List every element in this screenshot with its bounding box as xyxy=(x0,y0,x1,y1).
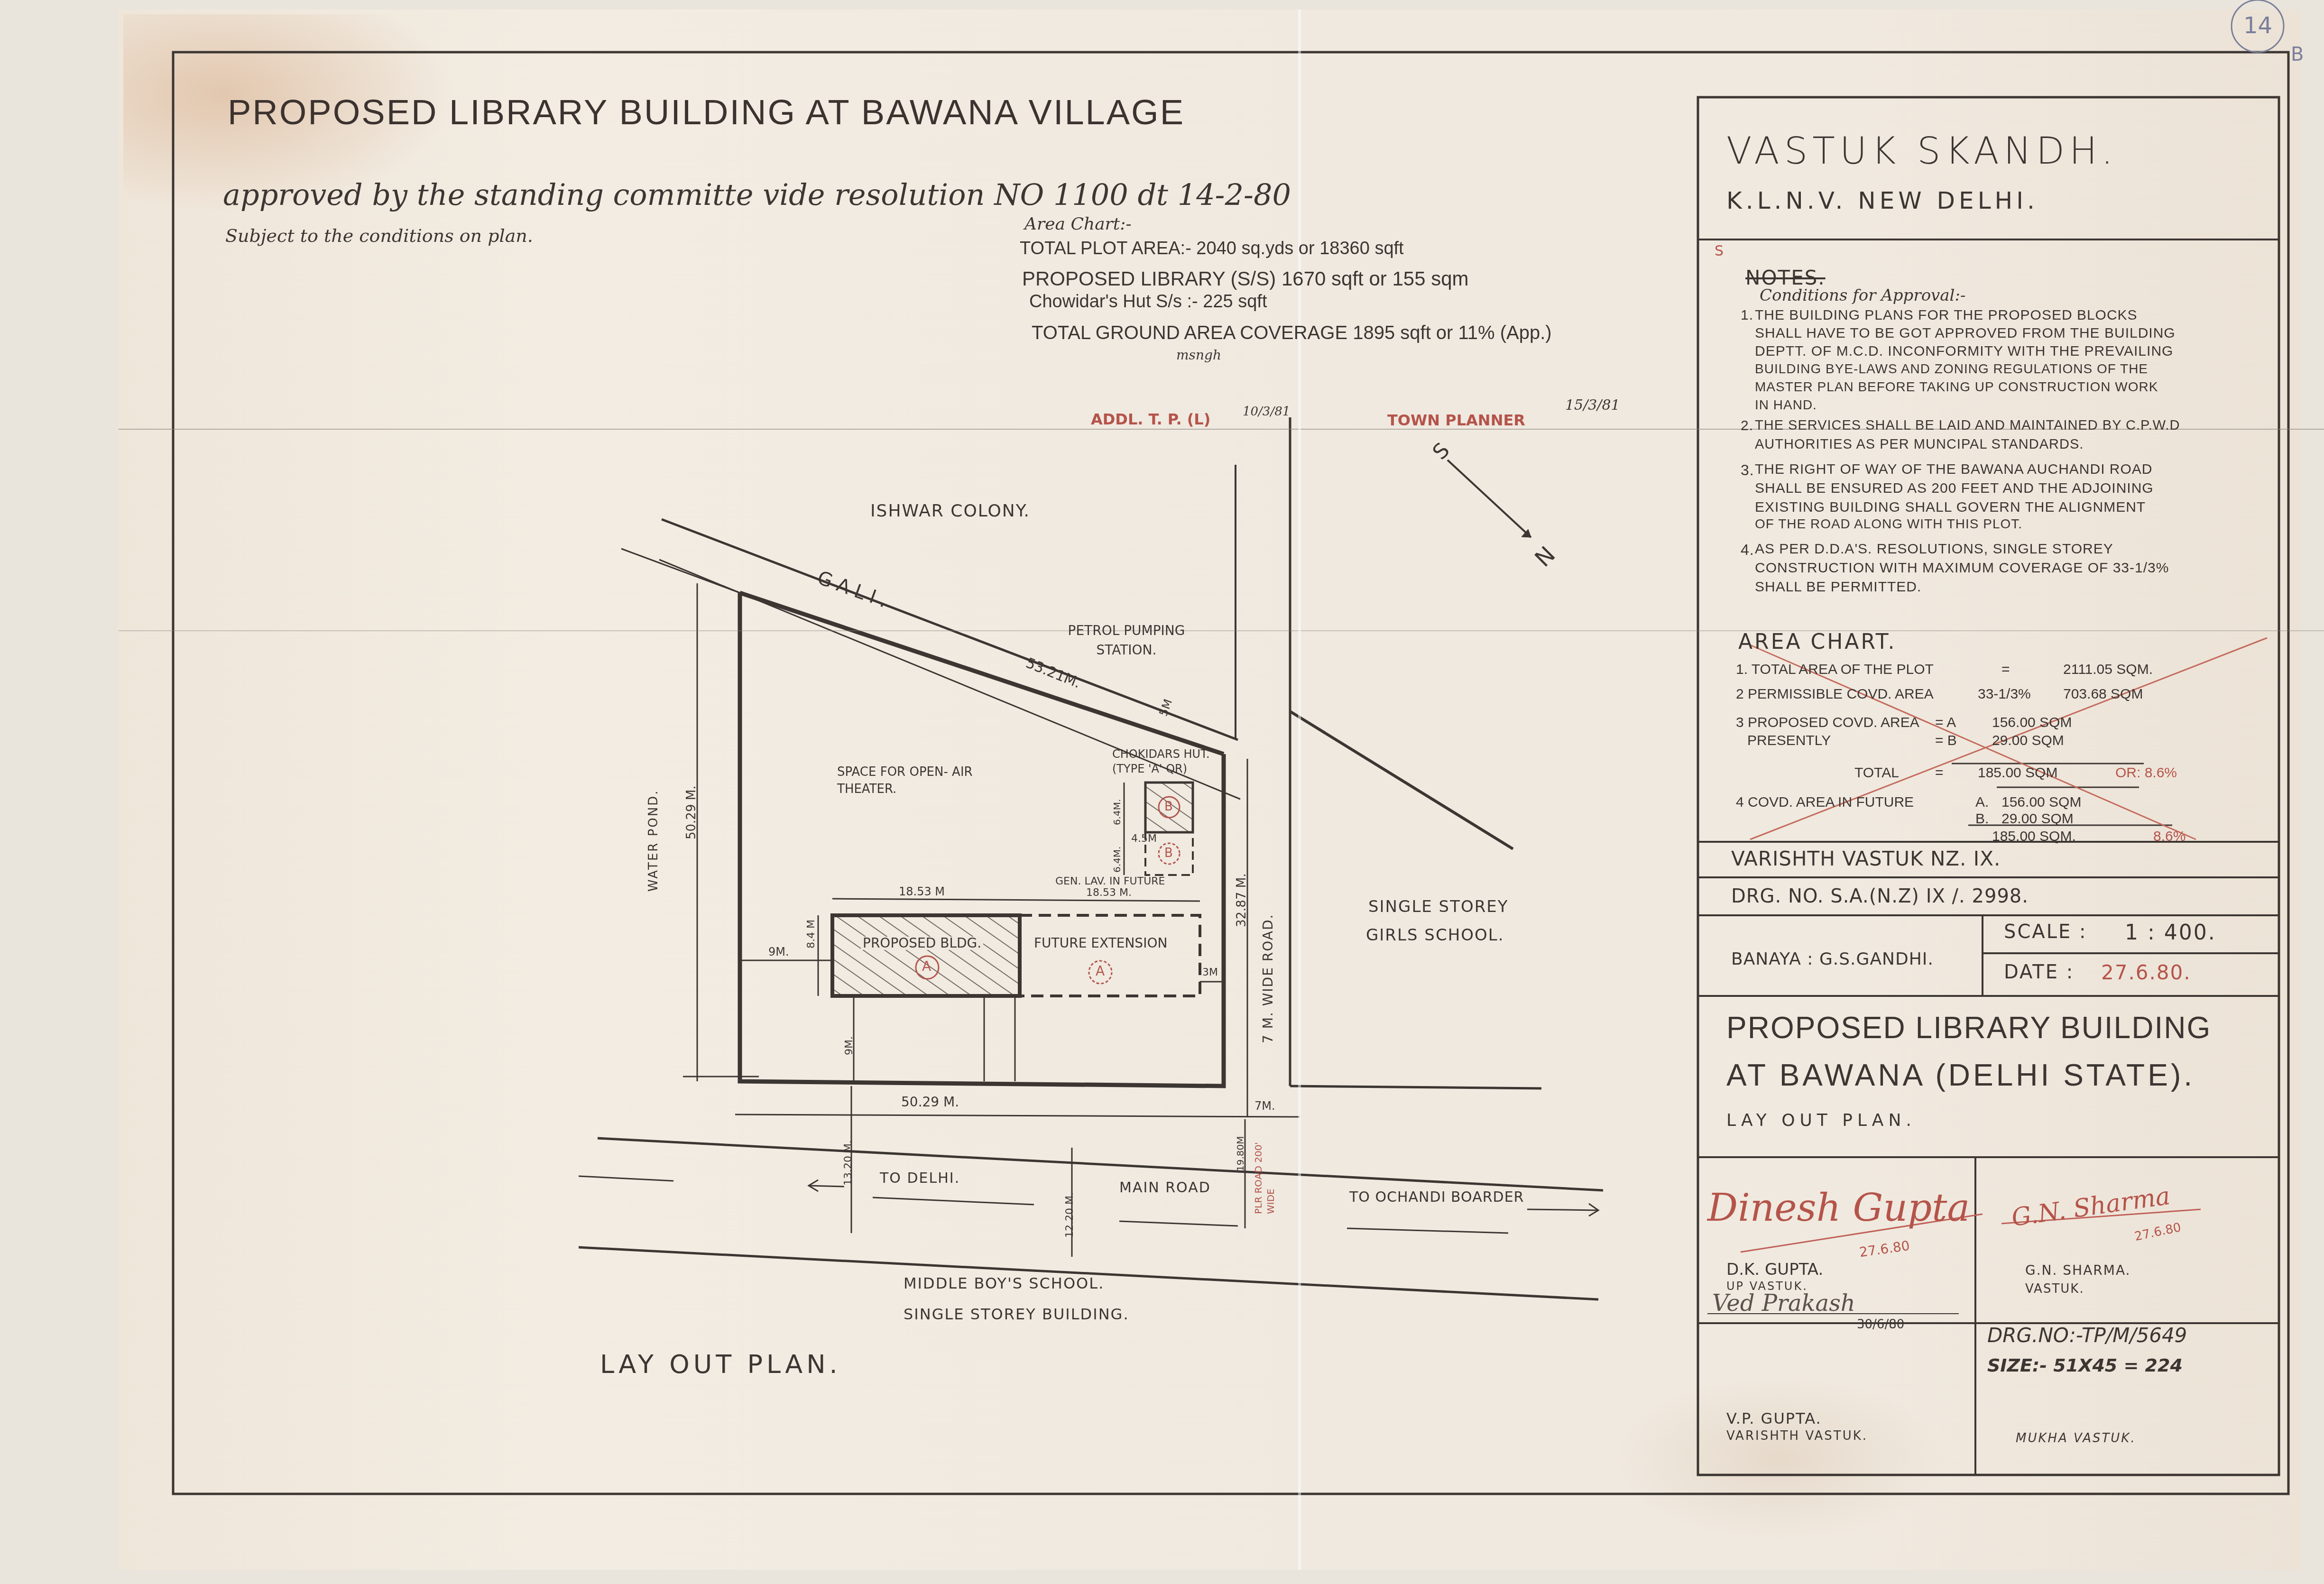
dim-ext-length: 18.53 M. xyxy=(1086,888,1132,898)
label-plr-road: PLR ROAD 200' WIDE xyxy=(1252,1133,1277,1214)
label-chokidar-hut: CHOKIDARS HUT. (TYPE 'A' QR) xyxy=(1112,747,1221,776)
area-chart-line: TOTAL GROUND AREA COVERAGE 1895 sqft or … xyxy=(1032,323,1552,342)
label-girls-school-2: GIRLS SCHOOL. xyxy=(1366,927,1504,943)
dim-main-road-2: 12.20 M. xyxy=(1065,1192,1075,1238)
label-wide-road: 7 M. WIDE ROAD. xyxy=(1262,914,1275,1043)
signatory-role-vp-gupta: VARISHTH VASTUK. xyxy=(1726,1430,1868,1442)
area-row-eq: = xyxy=(1935,765,1944,781)
dim-bldg-depth: 8.4 M xyxy=(806,920,817,949)
condition-text: SHALL HAVE TO BE GOT APPROVED FROM THE B… xyxy=(1755,325,2176,341)
tp-drawing-number: DRG.NO:-TP/M/5649 xyxy=(1987,1326,2187,1345)
project-title-line1: PROPOSED LIBRARY BUILDING xyxy=(1726,1013,2211,1043)
condition-item: 4. AS PER D.D.A'S. RESOLUTIONS, SINGLE S… xyxy=(1741,537,2272,599)
condition-text: CONSTRUCTION WITH MAXIMUM COVERAGE OF 33… xyxy=(1755,560,2169,576)
area-row-label: TOTAL xyxy=(1854,765,1899,781)
condition-text: SHALL BE ENSURED AS 200 FEET AND THE ADJ… xyxy=(1755,480,2154,497)
scale-label: SCALE : xyxy=(2004,922,2087,941)
town-planner-label: TOWN PLANNER xyxy=(1387,413,1525,428)
dim-rear-setback: 3M xyxy=(1202,967,1218,978)
condition-text: THE RIGHT OF WAY OF THE BAWANA AUCHANDI … xyxy=(1755,461,2153,478)
condition-number: 2. xyxy=(1741,418,1753,434)
area-row-label: 2 PERMISSIBLE COVD. AREA xyxy=(1736,686,1934,702)
area-row-note: OR: 8.6% xyxy=(2115,765,2177,781)
condition-item: 1. THE BUILDING PLANS FOR THE PROPOSED B… xyxy=(1741,307,2272,414)
conditions-list: 1. THE BUILDING PLANS FOR THE PROPOSED B… xyxy=(1741,307,2272,599)
label-girls-school-1: SINGLE STOREY xyxy=(1368,899,1509,915)
label-block-b-future: B xyxy=(1164,847,1173,859)
signatory-name-dk-gupta: D.K. GUPTA. xyxy=(1726,1262,1823,1278)
condition-text: MASTER PLAN BEFORE TAKING UP CONSTRUCTIO… xyxy=(1755,379,2158,395)
dim-hut-height-future: 6.4M. xyxy=(1112,847,1122,873)
date-value: 27.6.80. xyxy=(2101,963,2191,983)
area-row-eq: = B xyxy=(1935,733,1957,749)
addl-tp-date: 10/3/81 xyxy=(1243,405,1290,418)
red-mark: S xyxy=(1715,244,1724,258)
label-block-a-future: A xyxy=(1096,965,1105,978)
condition-text: SHALL BE PERMITTED. xyxy=(1755,579,1921,595)
project-subtitle: LAY OUT PLAN. xyxy=(1726,1112,1916,1129)
dim-hut-height: 6.4M. xyxy=(1112,799,1122,825)
label-main-road: MAIN ROAD xyxy=(1119,1181,1211,1195)
signature-dk-gupta: Dinesh Gupta xyxy=(1707,1186,1970,1230)
condition-text: THE BUILDING PLANS FOR THE PROPOSED BLOC… xyxy=(1755,307,2138,323)
approval-line: approved by the standing committe vide r… xyxy=(223,180,1291,210)
conditions-heading: Conditions for Approval:- xyxy=(1760,287,1965,304)
label-open-air-theater: SPACE FOR OPEN- AIR THEATER. xyxy=(837,764,1008,798)
layout-plan-caption: LAY OUT PLAN. xyxy=(600,1352,841,1377)
notes-heading: NOTES. xyxy=(1745,268,1826,288)
dim-plot-depth: 50.29 M. xyxy=(685,786,698,839)
corner-stamp-suffix: B xyxy=(2291,45,2304,64)
dim-main-road-1: 13.20 M. xyxy=(843,1140,854,1186)
area-row-eq: = A xyxy=(1935,715,1956,731)
condition-item: 2. THE SERVICES SHALL BE LAID AND MAINTA… xyxy=(1741,414,2272,457)
area-row-value: 703.68 SQM xyxy=(2063,686,2143,702)
label-gen-lav: GEN. LAV. IN FUTURE xyxy=(1055,876,1165,887)
label-water-pond: WATER POND. xyxy=(647,789,660,892)
area-chart-heading: Area Chart:- xyxy=(1024,216,1132,233)
dim-hut-width: 4.5M xyxy=(1131,834,1157,844)
signature-vp-gupta: Ved Prakash xyxy=(1712,1290,1855,1317)
dim-plot-width: 50.29 M. xyxy=(901,1096,959,1109)
label-block-b: B xyxy=(1164,801,1173,813)
varishth-vastuk: VARISHTH VASTUK NZ. IX. xyxy=(1731,849,2001,869)
scale-value: 1 : 400. xyxy=(2125,922,2216,943)
condition-text: OF THE ROAD ALONG WITH THIS PLOT. xyxy=(1755,516,2022,532)
area-row-eq: = xyxy=(2001,662,2010,678)
condition-number: 4. xyxy=(1741,541,1754,559)
sheet-size: SIZE:- 51X45 = 224 xyxy=(1987,1356,2183,1374)
dim-side-setback: 9M. xyxy=(768,946,789,958)
initials: msngh xyxy=(1176,349,1221,362)
area-chart-line: Chowidar's Hut S/s :- 225 sqft xyxy=(1029,293,1267,311)
area-row-value: 185.00 SQM. xyxy=(1992,829,2076,845)
area-row-value: 156.00 SQM xyxy=(1992,715,2072,731)
drawing-title: PROPOSED LIBRARY BUILDING AT BAWANA VILL… xyxy=(228,95,1185,130)
corner-stamp: 14 xyxy=(2243,14,2272,37)
area-chart-line: PROPOSED LIBRARY (S/S) 1670 sqft or 155 … xyxy=(1022,269,1469,289)
condition-number: 3. xyxy=(1741,461,1754,479)
area-row-label: 1. TOTAL AREA OF THE PLOT xyxy=(1736,662,1934,678)
area-row-value: 156.00 SQM xyxy=(2001,794,2081,810)
condition-text: THE SERVICES SHALL BE LAID AND MAINTAINE… xyxy=(1755,418,2180,433)
addl-tp-label: ADDL. T. P. (L) xyxy=(1091,412,1210,427)
condition-text: AUTHORITIES AS PER MUNCIPAL STANDARDS. xyxy=(1755,437,2084,452)
label-future-extension: FUTURE EXTENSION xyxy=(1034,937,1167,950)
area-row-value: 2111.05 SQM. xyxy=(2063,662,2153,678)
signatory-role-gn-sharma: VASTUK. xyxy=(2025,1283,2084,1295)
town-planner-date: 15/3/81 xyxy=(1565,398,1620,413)
area-row-eq: 33-1/3% xyxy=(1978,686,2031,702)
label-ishwar-colony: ISHWAR COLONY. xyxy=(870,503,1030,520)
org-name: VASTUK SKANDH. xyxy=(1726,133,2118,170)
area-row-label: 4 COVD. AREA IN FUTURE xyxy=(1736,794,1914,810)
drawing-number: DRG. NO. S.A.(N.Z) IX /. 2998. xyxy=(1731,887,2029,906)
condition-text: EXISTING BUILDING SHALL GOVERN THE ALIGN… xyxy=(1755,499,2146,516)
dim-bldg-length: 18.53 M xyxy=(899,886,945,897)
area-row-value: 185.00 SQM xyxy=(1978,765,2057,781)
date-label: DATE : xyxy=(2004,963,2074,982)
condition-text: BUILDING BYE-LAWS AND ZONING REGULATIONS… xyxy=(1755,361,2148,377)
condition-text: DEPTT. OF M.C.D. INCONFORMITY WITH THE P… xyxy=(1755,343,2173,359)
condition-item: 3. THE RIGHT OF WAY OF THE BAWANA AUCHAN… xyxy=(1741,457,2272,537)
area-row-label: 3 PROPOSED COVD. AREA xyxy=(1736,715,1919,731)
area-row-eq: B. xyxy=(1975,811,1989,827)
signatory-role-mukha-vastuk: MUKHA VASTUK. xyxy=(2016,1432,2136,1445)
area-chart-heading: AREA CHART. xyxy=(1738,632,1896,653)
condition-text: AS PER D.D.A'S. RESOLUTIONS, SINGLE STOR… xyxy=(1755,541,2113,557)
label-boys-school-1: MIDDLE BOY'S SCHOOL. xyxy=(904,1276,1104,1291)
dim-right-side: 32.87 M. xyxy=(1236,874,1248,927)
area-row-label: PRESENTLY xyxy=(1747,733,1831,749)
label-block-a: A xyxy=(922,960,931,973)
dim-road-width: 7M. xyxy=(1254,1100,1275,1112)
label-to-delhi: TO DELHI. xyxy=(880,1171,960,1186)
label-petrol-station: PETROL PUMPING STATION. xyxy=(1048,621,1205,660)
area-row-note: 8.6% xyxy=(2153,829,2186,845)
signature-date-vp-gupta: 30/6/80 xyxy=(1857,1318,1904,1331)
label-to-ochandi: TO OCHANDI BOARDER xyxy=(1349,1190,1524,1205)
subject-line: Subject to the conditions on plan. xyxy=(225,227,533,245)
signatory-name-vp-gupta: V.P. GUPTA. xyxy=(1726,1411,1822,1426)
signatory-name-gn-sharma: G.N. SHARMA. xyxy=(2025,1264,2131,1277)
area-row-value: 29.00 SQM xyxy=(2001,811,2074,827)
dim-main-road-3: 19.80M xyxy=(1236,1136,1245,1171)
area-row-eq: A. xyxy=(1975,794,1989,810)
condition-number: 1. xyxy=(1741,307,1753,323)
org-sub: K.L.N.V. NEW DELHI. xyxy=(1726,189,2038,212)
dim-front-setback: 9M. xyxy=(844,1036,855,1055)
label-proposed-bldg: PROPOSED BLDG. xyxy=(861,937,983,950)
area-row-value: 29.00 SQM xyxy=(1992,733,2064,749)
condition-text: IN HAND. xyxy=(1755,397,1817,413)
project-title-line2: AT BAWANA (DELHI STATE). xyxy=(1726,1060,2195,1090)
area-chart-line: TOTAL PLOT AREA:- 2040 sq.yds or 18360 s… xyxy=(1020,239,1404,258)
label-boys-school-2: SINGLE STOREY BUILDING. xyxy=(904,1307,1129,1322)
banaya: BANAYA : G.S.GANDHI. xyxy=(1731,951,1934,968)
